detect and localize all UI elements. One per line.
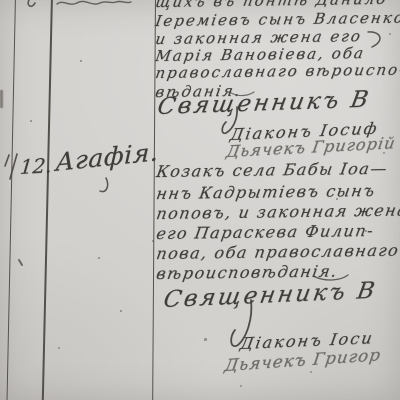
top-edge-stroke bbox=[28, 0, 35, 6]
entry-text-line: православнаго вѣроиспо- bbox=[154, 61, 400, 82]
paper-speck bbox=[336, 198, 338, 200]
column-rule-middle bbox=[42, 0, 53, 400]
paper-speck bbox=[365, 230, 367, 232]
paper-speck bbox=[204, 338, 207, 341]
paper-speck bbox=[389, 33, 391, 35]
column-rule-left bbox=[6, 0, 16, 400]
paper-speck bbox=[30, 120, 32, 122]
priest-signature: Священникъ В bbox=[162, 278, 379, 313]
entry-text-line: поповъ, и законная жена bbox=[155, 200, 400, 223]
register-page-scan: щихъ въ понтѣ Данило Іереміевъ сынъ Влас… bbox=[0, 0, 400, 400]
rule-ink-tick bbox=[19, 260, 22, 265]
scan-edge-smudge bbox=[0, 90, 3, 108]
paper-speck bbox=[58, 347, 60, 349]
paper-speck bbox=[240, 385, 242, 387]
entry-name: Агафія. bbox=[55, 137, 159, 177]
entry-text-line: его Параскева Филип- bbox=[155, 221, 376, 243]
paper-speck bbox=[152, 240, 154, 242]
entry-text-line: пова, оба православнаго bbox=[155, 241, 400, 263]
entry-text-line: ннъ Кадрытіевъ сынъ bbox=[155, 181, 377, 203]
paper-speck bbox=[120, 310, 122, 312]
top-edge-stroke bbox=[57, 1, 131, 4]
paper-speck bbox=[98, 257, 100, 259]
entry-number-fragment bbox=[5, 155, 9, 166]
name-descender-stroke bbox=[100, 178, 108, 192]
paper-speck bbox=[310, 371, 312, 373]
paper-speck bbox=[383, 152, 385, 154]
flourish-after-ego bbox=[368, 32, 380, 47]
paper-speck bbox=[80, 60, 82, 62]
entry-text-line: Козакъ села Бабы Іоа— bbox=[155, 159, 390, 181]
entry-number-female: 12. bbox=[19, 153, 53, 179]
